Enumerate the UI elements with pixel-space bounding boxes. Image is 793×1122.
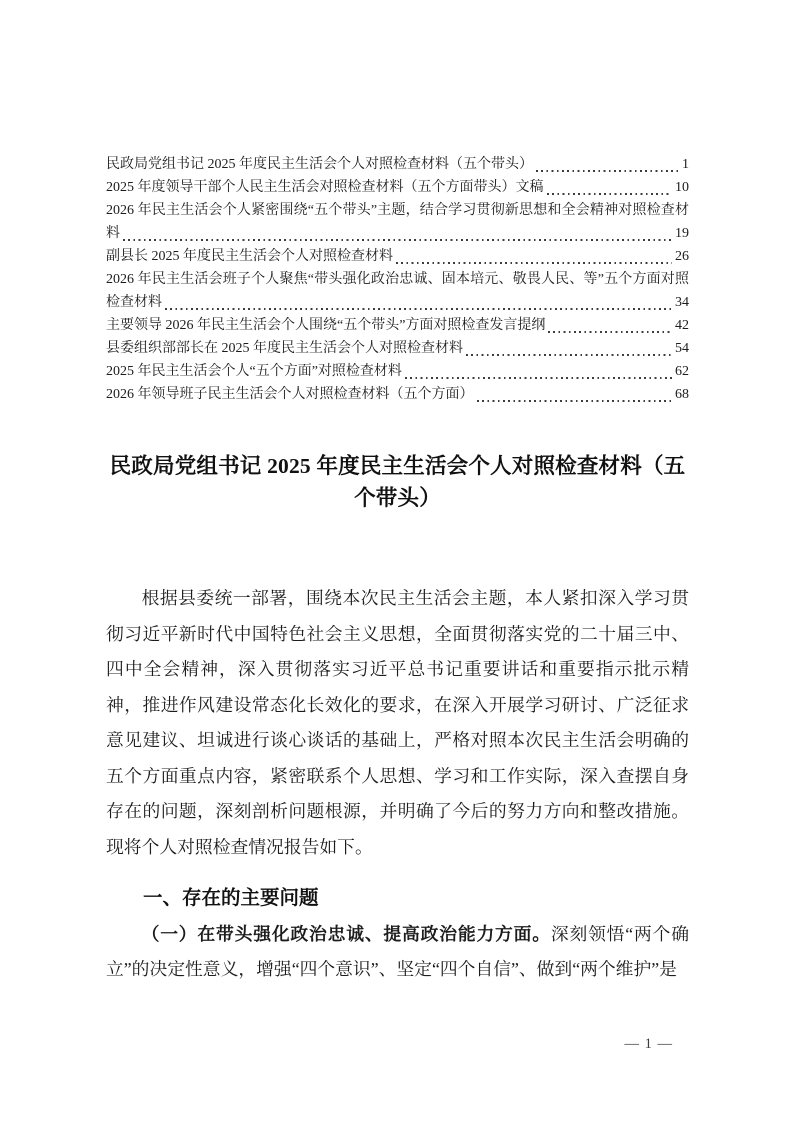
toc-entry: 县委组织部部长在 2025 年度民主生活会个人对照检查材料 54 (106, 337, 689, 360)
toc-page-number: 1 (682, 153, 689, 176)
section-heading-1: 一、存在的主要问题 (106, 881, 689, 917)
table-of-contents: 民政局党组书记 2025 年度民主生活会个人对照检查材料（五个带头） 1 202… (106, 0, 689, 406)
toc-entry-text: 2026 年民主生活会个人紧密围绕“五个带头”主题，结合学习贯彻新思想和全会精神… (106, 199, 689, 222)
toc-entry-continuation: 料 19 (106, 222, 689, 245)
body-paragraph-2: （一）在带头强化政治忠诚、提高政治能力方面。深刻领悟“两个确立”的决定性意义，增… (106, 917, 689, 988)
toc-entry-text: 民政局党组书记 2025 年度民主生活会个人对照检查材料（五个带头） (106, 153, 533, 176)
toc-entry: 2025 年民主生活会个人“五个方面”对照检查材料 62 (106, 360, 689, 383)
toc-entry-text: 主要领导 2026 年民主生活会个人围绕“五个带头”方面对照检查发言提纲 (106, 314, 545, 337)
toc-entry: 2026 年领导班子民主生活会个人对照检查材料（五个方面） 68 (106, 383, 689, 406)
toc-entry-text: 料 (106, 222, 120, 245)
toc-entry: 2026 年民主生活会班子个人聚焦“带头强化政治忠诚、固本培元、敬畏人民、等”五… (106, 268, 689, 291)
body-paragraph-1: 根据县委统一部署，围绕本次民主生活会主题，本人紧扣深入学习贯彻习近平新时代中国特… (106, 581, 689, 865)
toc-leader-dots (396, 262, 672, 264)
toc-entry-text: 县委组织部部长在 2025 年度民主生活会个人对照检查材料 (106, 337, 463, 360)
toc-entry-text: 2026 年民主生活会班子个人聚焦“带头强化政治忠诚、固本培元、敬畏人民、等”五… (106, 268, 689, 291)
toc-page-number: 26 (675, 245, 689, 268)
toc-page-number: 62 (675, 360, 689, 383)
toc-leader-dots (405, 377, 672, 379)
toc-entry-text: 副县长 2025 年度民主生活会个人对照检查材料 (106, 245, 393, 268)
toc-entry-continuation: 检查材料 34 (106, 291, 689, 314)
toc-entry-text: 检查材料 (106, 291, 162, 314)
document-page: 民政局党组书记 2025 年度民主生活会个人对照检查材料（五个带头） 1 202… (0, 0, 793, 1122)
toc-leader-dots (466, 354, 672, 356)
paragraph-2-lead-in: （一）在带头强化政治忠诚、提高政治能力方面。 (142, 924, 551, 944)
toc-entry: 2025 年度领导干部个人民主生活会对照检查材料（五个方面带头）文稿 10 (106, 176, 689, 199)
toc-entry: 副县长 2025 年度民主生活会个人对照检查材料 26 (106, 245, 689, 268)
toc-page-number: 34 (675, 291, 689, 314)
toc-entry-text: 2025 年民主生活会个人“五个方面”对照检查材料 (106, 360, 402, 383)
page-number-footer: — 1 — (625, 1034, 674, 1054)
toc-page-number: 19 (675, 222, 689, 245)
toc-leader-dots (477, 400, 673, 402)
toc-leader-dots (165, 308, 672, 310)
toc-leader-dots (536, 170, 679, 172)
toc-page-number: 54 (675, 337, 689, 360)
toc-entry-text: 2026 年领导班子民主生活会个人对照检查材料（五个方面） (106, 383, 474, 406)
document-title: 民政局党组书记 2025 年度民主生活会个人对照检查材料（五个带头） (106, 450, 689, 514)
toc-page-number: 68 (675, 383, 689, 406)
page-content: 民政局党组书记 2025 年度民主生活会个人对照检查材料（五个带头） 1 202… (0, 0, 793, 988)
toc-leader-dots (123, 239, 672, 241)
toc-entry: 主要领导 2026 年民主生活会个人围绕“五个带头”方面对照检查发言提纲 42 (106, 314, 689, 337)
toc-page-number: 42 (675, 314, 689, 337)
document-body: 根据县委统一部署，围绕本次民主生活会主题，本人紧扣深入学习贯彻习近平新时代中国特… (106, 581, 689, 988)
toc-page-number: 10 (675, 176, 689, 199)
toc-leader-dots (548, 331, 672, 333)
toc-entry: 2026 年民主生活会个人紧密围绕“五个带头”主题，结合学习贯彻新思想和全会精神… (106, 199, 689, 222)
toc-entry: 民政局党组书记 2025 年度民主生活会个人对照检查材料（五个带头） 1 (106, 153, 689, 176)
toc-leader-dots (547, 193, 673, 195)
toc-entry-text: 2025 年度领导干部个人民主生活会对照检查材料（五个方面带头）文稿 (106, 176, 544, 199)
